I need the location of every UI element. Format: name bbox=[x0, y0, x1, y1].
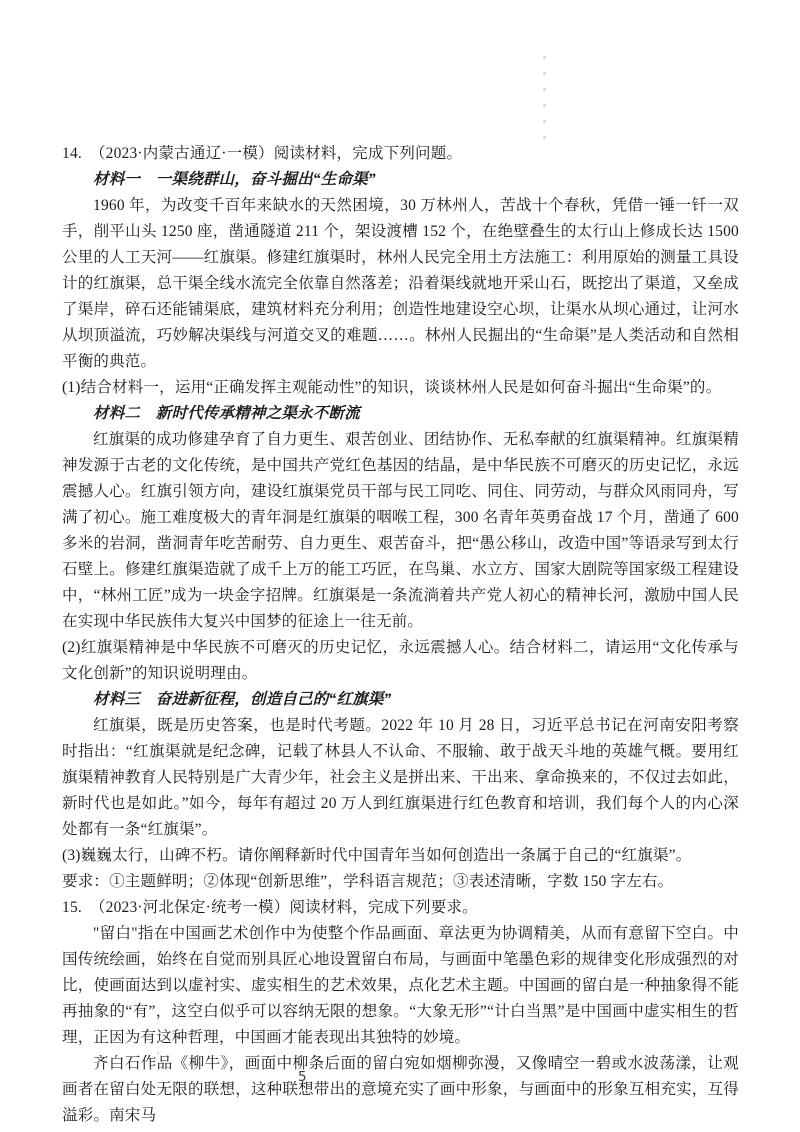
page-number: 5 bbox=[298, 1069, 307, 1085]
material-1-title: 材料一 一渠绕群山，奋斗掘出“生命渠” bbox=[62, 167, 739, 193]
document-body: 14. （2023·内蒙古通辽·一模）阅读材料，完成下列问题。 材料一 一渠绕群… bbox=[62, 141, 739, 1129]
question-14-part-3: (3)巍巍太行，山碑不朽。请你阐释新时代中国青年当如何创造出一条属于自己的“红旗… bbox=[62, 843, 739, 869]
scan-dot bbox=[543, 88, 546, 91]
scan-dot bbox=[543, 136, 546, 139]
material-2-body: 红旗渠的成功修建孕育了自力更生、艰苦创业、团结协作、无私奉献的红旗渠精神。红旗渠… bbox=[62, 427, 739, 635]
material-1-body: 1960 年，为改变千百年来缺水的天然困境，30 万林州人，苦战十个春秋，凭借一… bbox=[62, 193, 739, 375]
scan-artifact-dots bbox=[543, 56, 549, 146]
question-14-part-1: (1)结合材料一，运用“正确发挥主观能动性”的知识，谈谈林州人民是如何奋斗掘出“… bbox=[62, 375, 739, 401]
scan-dot bbox=[543, 72, 546, 75]
question-15-header: 15. （2023·河北保定·统考一模）阅读材料，完成下列要求。 bbox=[62, 895, 739, 921]
scan-dot bbox=[543, 104, 546, 107]
question-14-part-2: (2)红旗渠精神是中华民族不可磨灭的历史记忆，永远震撼人心。结合材料二，请运用“… bbox=[62, 635, 739, 687]
exam-paper-page: 14. （2023·内蒙古通辽·一模）阅读材料，完成下列问题。 材料一 一渠绕群… bbox=[0, 0, 800, 1132]
question-14-part-3-requirements: 要求：①主题鲜明；②体现“创新思维”，学科语言规范；③表述清晰，字数 150 字… bbox=[62, 869, 739, 895]
question-14-header: 14. （2023·内蒙古通辽·一模）阅读材料，完成下列问题。 bbox=[62, 141, 739, 167]
scan-artifact-dot bbox=[157, 1052, 159, 1054]
material-3-title: 材料三 奋进新征程，创造自己的“红旗渠” bbox=[62, 687, 739, 713]
material-3-body: 红旗渠，既是历史答案，也是时代考题。2022 年 10 月 28 日，习近平总书… bbox=[62, 713, 739, 843]
scan-dot bbox=[543, 120, 546, 123]
question-15-material-2: 齐白石作品《柳牛》，画面中柳条后面的留白宛如烟柳弥漫，又像晴空一碧或水波荡漾，让… bbox=[62, 1051, 739, 1129]
question-15-material-1: "留白"指在中国画艺术创作中为使整个作品画面、章法更为协调精美，从而有意留下空白… bbox=[62, 921, 739, 1051]
material-2-title: 材料二 新时代传承精神之渠永不断流 bbox=[62, 401, 739, 427]
scan-dot bbox=[543, 56, 546, 59]
